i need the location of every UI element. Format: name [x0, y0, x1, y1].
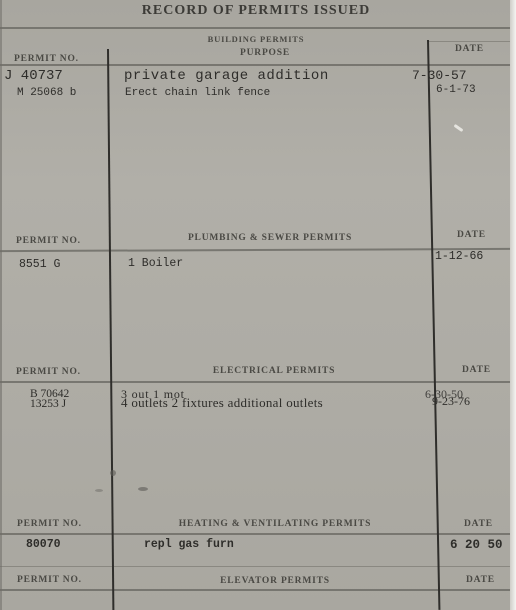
permit-date: 6-1-73: [436, 84, 476, 96]
electrical-col-date: DATE: [462, 365, 491, 375]
document-title: RECORD OF PERMITS ISSUED: [0, 3, 512, 19]
building-col-date: DATE: [455, 44, 484, 54]
building-header-rule: [0, 64, 512, 66]
elevator-header-rule: [0, 589, 512, 591]
permit-date: 1-12-66: [435, 250, 483, 263]
building-col-purpose: PURPOSE: [0, 48, 512, 58]
permit-date: 7-30-57: [412, 68, 467, 83]
permit-number: 8551 G: [19, 258, 60, 271]
permit-purpose: Erect chain link fence: [125, 87, 270, 99]
permit-number: 80070: [26, 538, 61, 551]
heating-section-title: HEATING & VENTILATING PERMITS: [0, 519, 512, 529]
permit-date: 9-23-76: [432, 394, 470, 409]
card-right-edge: [510, 0, 516, 610]
elevator-section-title: ELEVATOR PERMITS: [0, 576, 512, 586]
plumbing-section-title: PLUMBING & SEWER PERMITS: [0, 233, 512, 243]
ink-smudge: [138, 487, 148, 491]
permit-purpose: private garage addition: [124, 68, 329, 84]
permit-purpose: 4 outlets 2 fixtures additional outlets: [121, 395, 323, 411]
permit-number: 13253 J: [30, 398, 66, 410]
permit-date: 6 20 50: [450, 538, 503, 552]
elevator-col-date: DATE: [466, 575, 495, 585]
permit-number: M 25068 b: [17, 87, 76, 99]
heating-col-date: DATE: [464, 519, 493, 529]
permit-number: J 40737: [4, 68, 63, 84]
ink-smudge: [110, 470, 116, 476]
heating-header-rule: [0, 533, 512, 535]
plumbing-col-date: DATE: [457, 230, 486, 240]
ink-smudge: [95, 489, 103, 492]
building-section-title: BUILDING PERMITS: [0, 34, 512, 44]
date-header-rule: [428, 41, 512, 42]
light-glint: [454, 124, 464, 132]
permit-purpose: repl gas furn: [144, 538, 234, 551]
permit-purpose: 1 Boiler: [128, 257, 183, 270]
heating-row-rule: [0, 566, 512, 567]
permit-record-card: RECORD OF PERMITS ISSUED BUILDING PERMIT…: [0, 0, 512, 610]
title-rule: [0, 27, 512, 29]
